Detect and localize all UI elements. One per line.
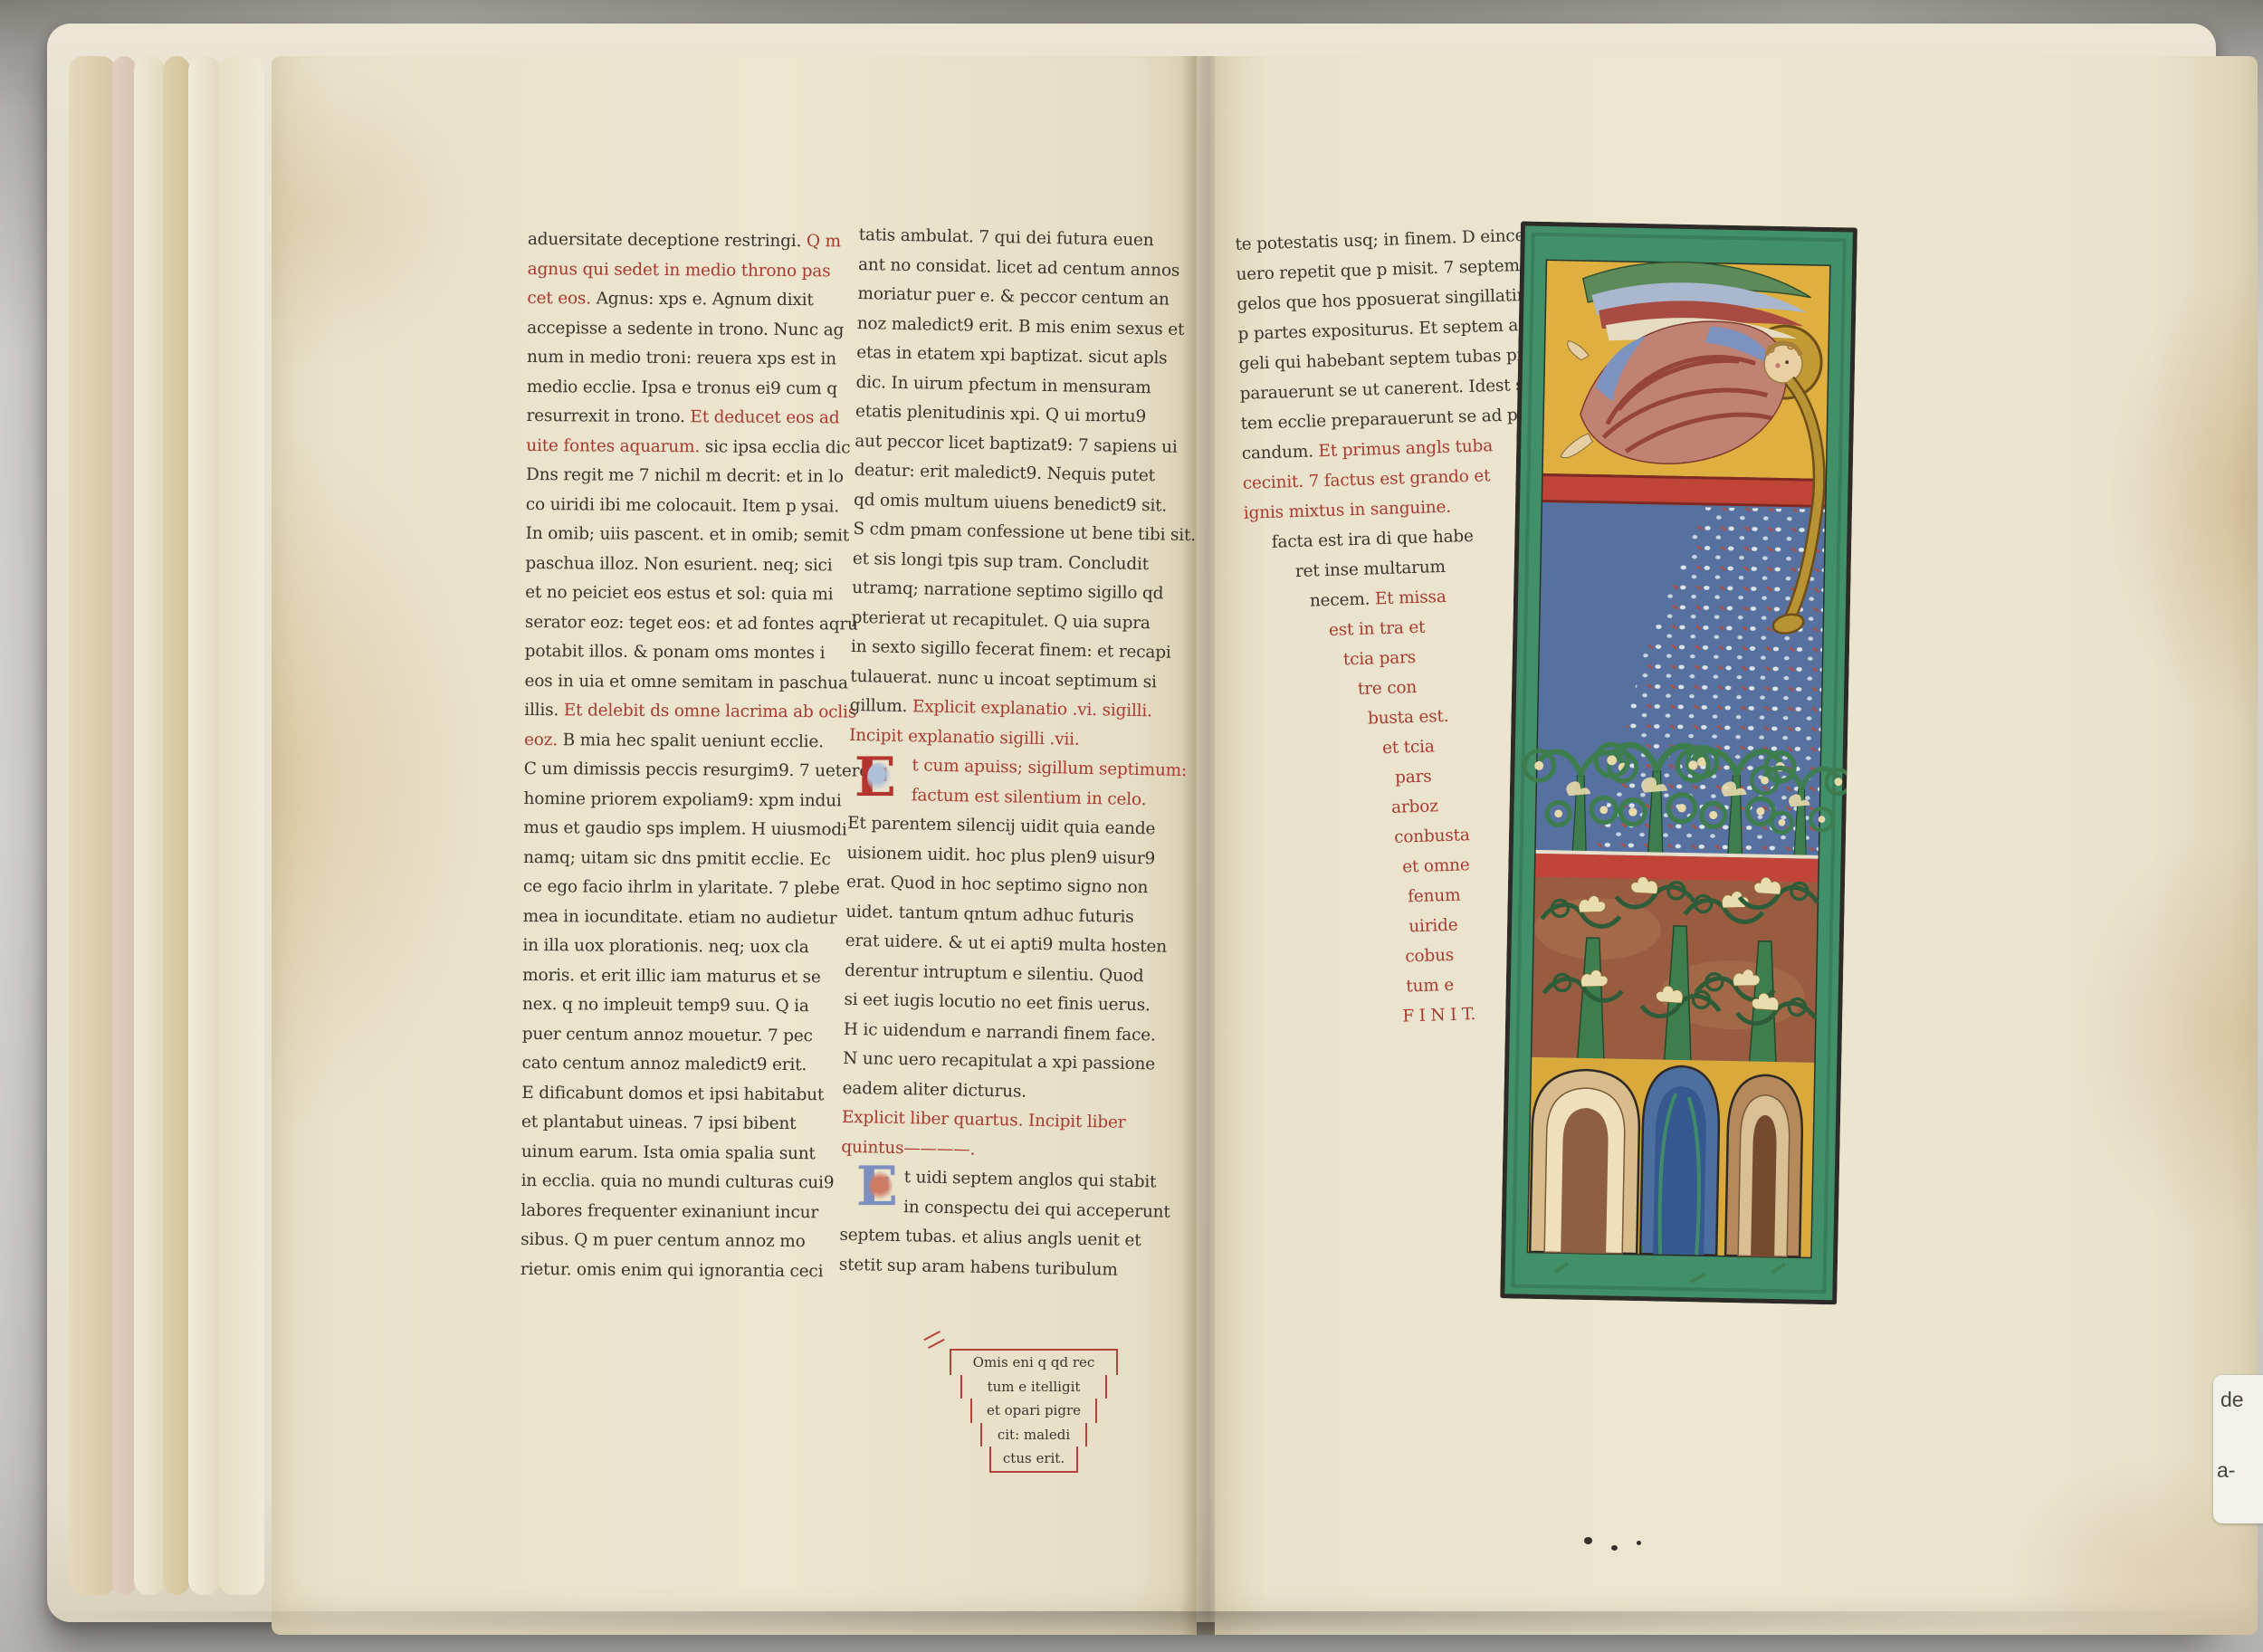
text-run: tum e [1406, 976, 1454, 997]
text-run: pterierat ut recapitulet. Q uia supra [851, 607, 1151, 632]
text-run: S cdm pmam confessione ut bene tibi sit. [853, 520, 1196, 545]
text-line: et no peiciet eos estus et sol: quia mi [525, 578, 829, 610]
slip-text: de [2220, 1388, 2244, 1412]
text-line: accepisse a sedente in trono. Nunc ag [527, 313, 831, 345]
text-run: etas in etatem xpi baptizat. sicut apls [856, 343, 1168, 368]
text-run: parauerunt se ut canerent. Idest sep [1239, 375, 1544, 404]
text-run: arboz [1391, 797, 1438, 817]
mound-right [1725, 1074, 1803, 1257]
text-run: t cum apuiss; sigillum septimum: [912, 756, 1187, 780]
text-line: rietur. omis enim qui ignorantia ceci [520, 1255, 825, 1286]
text-line: co uiridi ibi me colocauit. Item p ysai. [526, 490, 830, 521]
text-line: Dns regit me 7 nichil m decrit: et in lo [526, 461, 830, 492]
page-edge-strip [163, 56, 190, 1595]
text-run: utramq; narratione septimo sigillo qd [852, 578, 1163, 604]
text-line: agnus qui sedet in medio throno pas [528, 254, 832, 286]
text-run: pars [1395, 767, 1432, 787]
text-run: In omib; uiis pascent. et in omib; semit [526, 524, 850, 545]
text-line: mus et gaudio sps implem. H uiusmodi [523, 814, 827, 845]
text-run: facta est ira di que habe [1272, 527, 1475, 552]
text-run: resurrexit in trono. [526, 406, 690, 426]
text-run: labores frequenter exinaniunt incur [520, 1200, 818, 1221]
text-run: erat. Quod in hoc septimo signo non [846, 873, 1149, 897]
text-run: t uidi septem anglos qui stabit [904, 1168, 1157, 1191]
text-run: potabit illos. & ponam oms montes i [525, 642, 826, 663]
text-line: paschua illoz. Non esurient. neq; sici [525, 549, 829, 580]
text-run: Dns regit me 7 nichil m decrit: et in lo [526, 465, 844, 486]
text-run: tem ecclie preparauerunt se ad predi [1240, 405, 1551, 434]
text-line: C um dimissis peccis resurgim9. 7 uetere… [524, 755, 828, 787]
text-run: septem tubas. et alius angls uenit et [839, 1226, 1141, 1250]
caption-row: et opari pigre [970, 1399, 1097, 1423]
text-run: Et delebit ds omne lacrima ab oclis [564, 701, 856, 721]
text-line: homine priorem expoliam9: xpm indui [523, 784, 827, 816]
text-line: E dificabunt domos et ipsi habitabut [521, 1078, 826, 1110]
text-run: tre con [1358, 678, 1418, 699]
text-run: medio ecclie. Ipsa e tronus ei9 cum q [527, 377, 837, 397]
text-run: deatur: erit maledict9. Nequis putet [855, 461, 1156, 485]
filigree-ornament [867, 762, 891, 793]
text-run: Et parentem silencij uidit quia eande [847, 814, 1155, 839]
text-run: namq; uitam sic dns pmitit ecclie. Ec [523, 847, 831, 868]
text-line: moris. et erit illic iam maturus et se [522, 960, 826, 992]
text-line: nex. q no impleuit temp9 suu. Q ia [522, 990, 826, 1022]
ink-speck [1611, 1545, 1618, 1551]
miniature-illustration [1500, 221, 1857, 1304]
text-run: co uiridi ibi me colocauit. Item p ysai. [526, 494, 839, 515]
mound-middle [1640, 1065, 1720, 1256]
caption-row: Omis eni q qd rec [950, 1349, 1118, 1375]
text-run: uero repetit que p misit. 7 septem an [1236, 255, 1545, 284]
text-run: in ecclia. quia no mundi culturas cui9 [521, 1171, 835, 1192]
text-run: ce ego facio ihrlm in ylaritate. 7 plebe [523, 877, 840, 898]
text-run: candum. [1241, 442, 1318, 463]
text-run: si eet iugis locutio no eet finis uerus. [844, 990, 1151, 1015]
text-run: B mia hec spalit ueniunt ecclie. [563, 731, 824, 751]
text-run: cobus [1405, 946, 1454, 967]
caption-row: cit: maledi [980, 1423, 1087, 1447]
text-line: eoz. B mia hec spalit ueniunt ecclie. [524, 725, 828, 757]
red-band-upper [1542, 473, 1826, 508]
text-run: necem. [1310, 589, 1376, 610]
text-line: eos in uia et omne semitam in paschua [524, 666, 828, 698]
text-line: uite fontes aquarum. sic ipsa ecclia dic [526, 431, 830, 463]
text-line: ce ego facio ihrlm in ylaritate. 7 plebe [523, 873, 827, 904]
text-line: in illa uox plorationis. neq; uox cla [522, 931, 826, 963]
page-edge-strip [219, 56, 264, 1595]
caption-row: ctus erit. [989, 1447, 1078, 1473]
text-line: illis. Et delebit ds omne lacrima ab ocl… [524, 696, 828, 728]
text-run: p partes expositurus. Et septem an [1237, 316, 1529, 344]
text-run: aduersitate deceptione restringi. [528, 230, 807, 251]
text-run: uisionem uidit. hoc plus plen9 uisur9 [846, 843, 1155, 868]
text-run: in conspectu dei qui acceperunt [903, 1198, 1170, 1222]
ink-speck [1584, 1537, 1592, 1544]
decorated-initial-blue: E [856, 1159, 898, 1215]
text-run: et sis longi tpis sup tram. Concludit [853, 549, 1150, 573]
text-run: Et primus angls tuba [1318, 436, 1493, 461]
book-shadow [36, 1611, 2227, 1638]
decorated-initial-red: E [855, 750, 896, 806]
caption-box: Omis eni q qd rec tum e itelligit et opa… [943, 1349, 1124, 1473]
text-run: erat uidere. & ut ei apti9 multa hosten [845, 931, 1168, 957]
text-run: ignis mixtus in sanguine. [1244, 498, 1452, 523]
text-run: ret inse multarum [1295, 558, 1447, 581]
text-run: uite fontes aquarum. [526, 435, 705, 455]
text-run: paschua illoz. Non esurient. neq; sici [525, 553, 832, 574]
text-run: F I N I T. [1402, 1005, 1475, 1027]
text-line: uinum earum. Ista omia spalia sunt [521, 1137, 826, 1169]
text-line: mea in iocunditate. etiam no audietur [523, 902, 827, 933]
text-run: et omne [1402, 855, 1470, 876]
text-run: Et deducet eos ad [690, 407, 839, 427]
page-edge-strip [112, 56, 136, 1595]
text-run: uinum earum. Ista omia spalia sunt [521, 1141, 816, 1162]
text-line: sibus. Q m puer centum annoz mo [520, 1226, 825, 1257]
text-run: Agnus: xps e. Agnum dixit [597, 290, 814, 310]
photo-background: aduersitate deceptione restringi. Q magn… [0, 0, 2263, 1652]
text-run: agnus qui sedet in medio throno pas [528, 259, 831, 280]
text-run: gillum. [850, 696, 913, 716]
text-run: illis. [524, 701, 564, 720]
text-run: puer centum annoz mouetur. 7 pec [522, 1024, 813, 1045]
text-run: dic. In uirum pfectum in mensuram [855, 372, 1151, 396]
text-run: tatis ambulat. 7 qui dei futura euen [859, 225, 1154, 250]
text-run: cato centum annoz maledict9 erit. [521, 1054, 807, 1074]
text-run: cecinit. 7 factus est grando et [1242, 466, 1490, 493]
page-edge-strip [188, 56, 221, 1595]
text-run: derentur intruptum e silentiu. Quod [845, 960, 1144, 985]
text-run: H ic uidendum e narrandi finem face. [844, 1019, 1156, 1045]
text-line: In omib; uiis pascent. et in omib; semit [526, 520, 830, 551]
text-run: conbusta [1394, 826, 1470, 847]
text-run: accepisse a sedente in trono. Nunc ag [527, 318, 844, 339]
text-run: geli qui habebant septem tubas pre [1238, 346, 1534, 374]
text-run: eoz. [524, 730, 563, 749]
text-run: eos in uia et omne semitam in paschua [524, 671, 847, 692]
text-run: tulauerat. nunc u incoat septimum si [850, 666, 1157, 691]
text-run: te potestatis usq; in finem. D einceps [1235, 225, 1543, 254]
text-run: etatis plenitudinis xpi. Q ui mortu9 [855, 402, 1147, 426]
text-line: num in medio troni: reuera xps est in [527, 343, 831, 375]
text-run: num in medio troni: reuera xps est in [527, 348, 836, 368]
text-run: rietur. omis enim qui ignorantia ceci [520, 1259, 824, 1280]
text-line: serator eoz: teget eos: et ad fontes aqr… [525, 607, 829, 639]
text-run: cet eos. [527, 289, 596, 309]
filigree-ornament [869, 1171, 893, 1202]
left-page: aduersitate deceptione restringi. Q magn… [272, 56, 1197, 1635]
text-run: et plantabut uineas. 7 ipsi bibent [521, 1112, 796, 1133]
text-line: aduersitate deceptione restringi. Q m [528, 225, 832, 257]
ground-panel [1528, 1057, 1815, 1284]
mound-left [1530, 1069, 1640, 1254]
text-line: puer centum annoz mouetur. 7 pec [522, 1019, 826, 1051]
text-run: qd omis multum uiuens benedict9 sit. [854, 490, 1167, 515]
page-edge-strip [69, 56, 116, 1595]
right-page: te potestatis usq; in finem. D eincepsue… [1215, 56, 2258, 1635]
text-run: moriatur puer e. & peccor centum an [857, 284, 1170, 310]
text-run: Q m [807, 232, 841, 251]
text-run: E dificabunt domos et ipsi habitabut [521, 1083, 824, 1103]
book: aduersitate deceptione restringi. Q magn… [47, 24, 2216, 1622]
text-run: in sexto sigillo fecerat finem: et recap… [851, 637, 1171, 663]
text-run: et tcia [1382, 737, 1435, 758]
text-run: gelos que hos pposuerat singillatim [1237, 286, 1533, 314]
text-run: homine priorem expoliam9: xpm indui [524, 788, 842, 809]
page-edge-strip [134, 56, 165, 1595]
text-line: resurrexit in trono. Et deducet eos ad [526, 402, 830, 434]
caption-row: tum e itelligit [960, 1375, 1107, 1399]
text-line: namq; uitam sic dns pmitit ecclie. Ec [523, 843, 827, 874]
text-run: sic ipsa ecclia dic [705, 437, 851, 457]
slip-text: a- [2217, 1458, 2235, 1483]
text-run: Explicit explanatio .vi. sigilli. [912, 697, 1152, 721]
text-run: moris. et erit illic iam maturus et se [522, 965, 821, 986]
text-line: in ecclia. quia no mundi culturas cui9 [521, 1167, 826, 1198]
text-line: et plantabut uineas. 7 ipsi bibent [521, 1108, 826, 1140]
ink-speck [1637, 1541, 1641, 1545]
text-line: labores frequenter exinaniunt incur [520, 1196, 825, 1227]
text-run: et no peiciet eos estus et sol: quia mi [525, 583, 833, 604]
text-run: serator eoz: teget eos: et ad fontes aqr… [525, 612, 858, 634]
text-run: uiride [1408, 916, 1458, 937]
fore-edge-left [69, 56, 263, 1595]
text-run: aut peccor licet baptizat9: 7 sapiens ui [855, 431, 1178, 456]
text-run: uidet. tantum qntum adhuc futuris [845, 902, 1134, 926]
text-run: N unc uero recapitulat a xpi passione [843, 1049, 1155, 1074]
text-run: mea in iocunditate. etiam no audietur [523, 906, 837, 927]
correction-mark [923, 1331, 944, 1349]
red-band-lower [1535, 850, 1819, 883]
text-run: mus et gaudio sps implem. H uiusmodi [523, 818, 846, 839]
text-run: nex. q no impleuit temp9 suu. Q ia [522, 995, 809, 1016]
text-run: tcia pars [1343, 648, 1417, 670]
text-run: fenum [1408, 886, 1461, 907]
text-run: eadem aliter dicturus. [842, 1078, 1026, 1101]
text-run: factum est silentium in celo. [912, 786, 1147, 809]
text-run: noz maledict9 erit. B mis enim sexus et [857, 313, 1185, 339]
text-line: potabit illos. & ponam oms montes i [525, 637, 829, 669]
text-column-1: aduersitate deceptione restringi. Q magn… [520, 225, 832, 1286]
text-run: in illa uox plorationis. neq; uox cla [522, 936, 808, 957]
burnt-earth-band [1532, 873, 1818, 1068]
text-line: cato centum annoz maledict9 erit. [521, 1049, 826, 1081]
paper-slip: de a- [2213, 1375, 2263, 1523]
text-run: est in tra et [1329, 618, 1426, 640]
text-run: Explicit liber quartus. Incipit liber [842, 1108, 1126, 1132]
text-line: cet eos. Agnus: xps e. Agnum dixit [527, 284, 831, 316]
text-line: medio ecclie. Ipsa e tronus ei9 cum q [527, 372, 831, 404]
text-run: ant no considat. licet ad centum annos [858, 254, 1180, 280]
text-run: busta est. [1368, 707, 1449, 729]
text-run: Et missa [1375, 587, 1447, 608]
text-run: stetit sup aram habens turibulum [839, 1255, 1118, 1279]
text-run: C um dimissis peccis resurgim9. 7 uetere… [524, 759, 885, 781]
text-run: sibus. Q m puer centum annoz mo [520, 1230, 806, 1251]
